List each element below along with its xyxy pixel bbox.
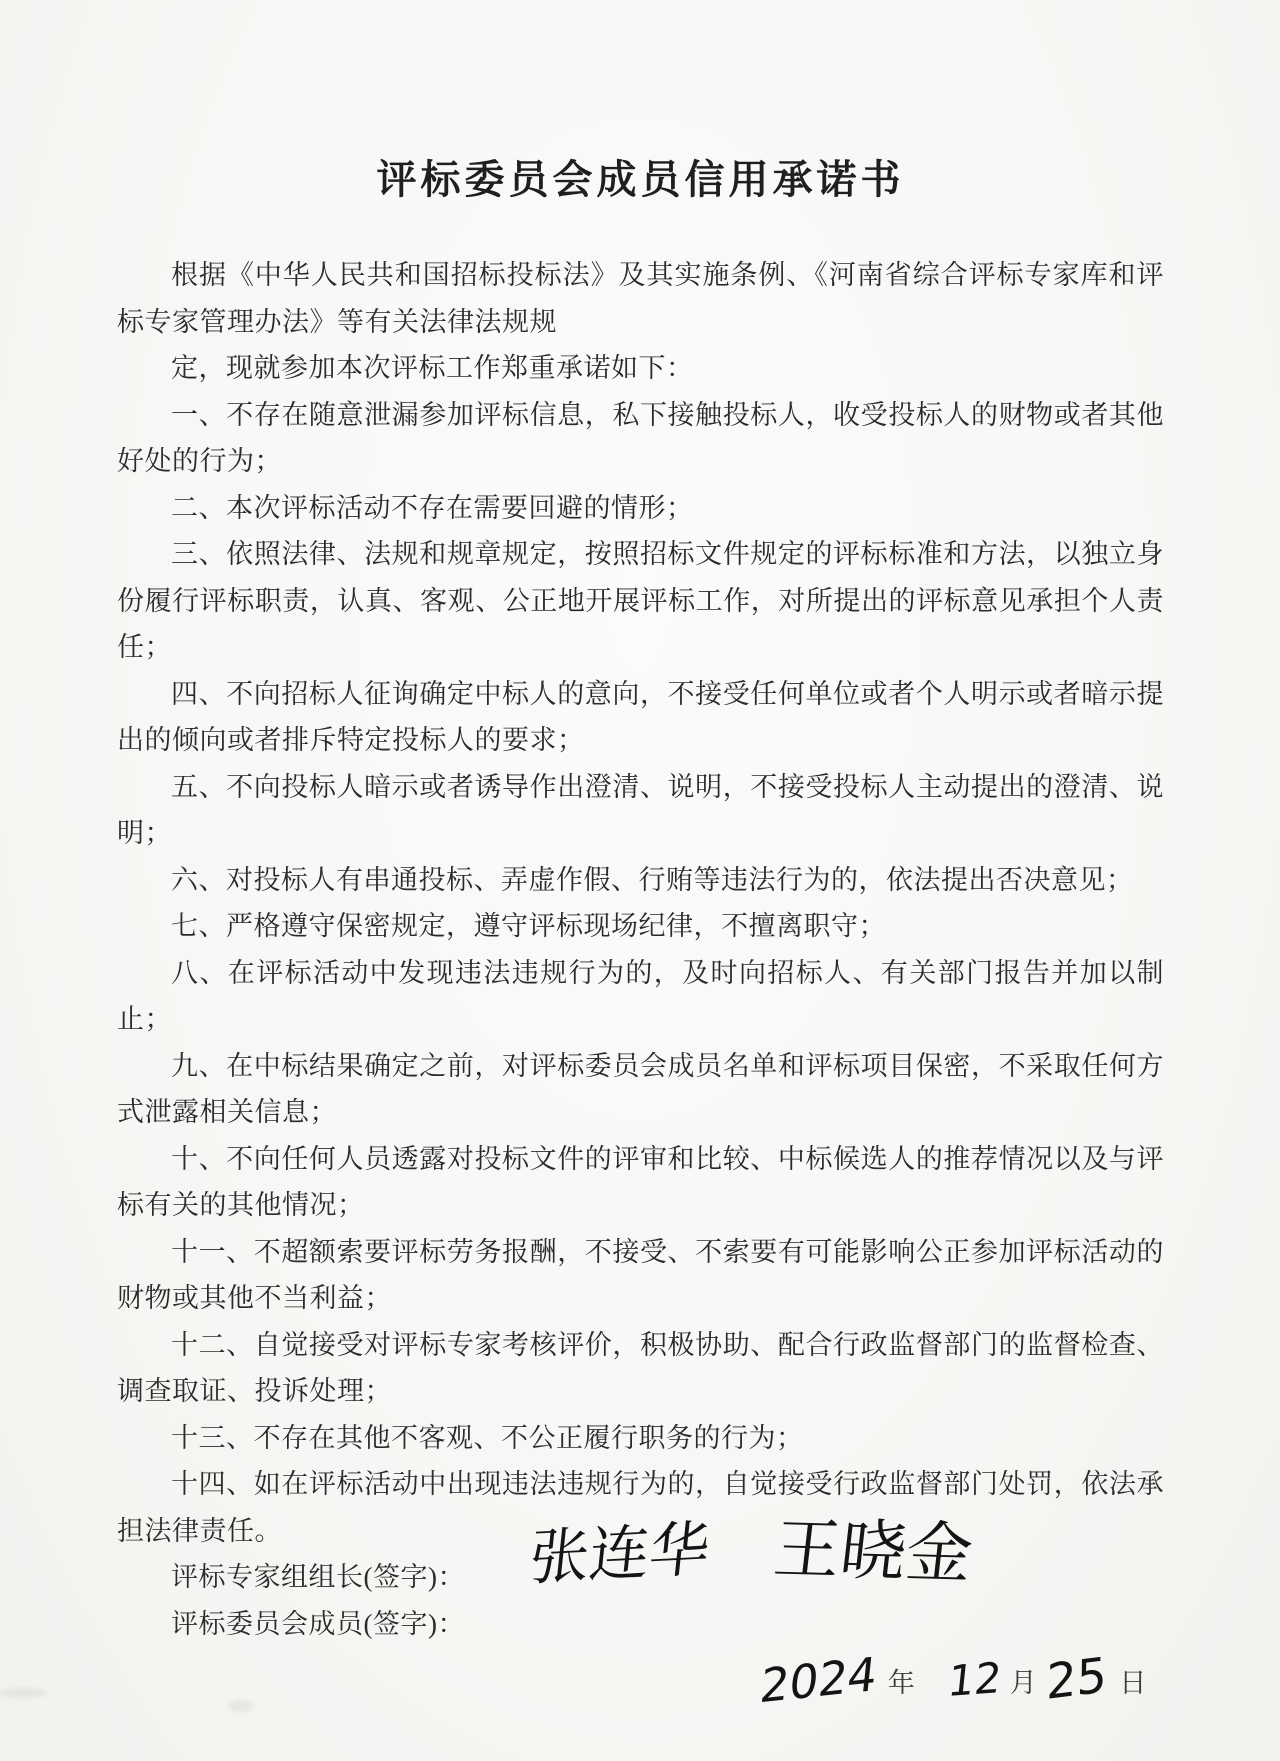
intro-paragraph-2: 定，现就参加本次评标工作郑重承诺如下： xyxy=(117,345,1164,392)
signature-label-member: 评标委员会成员(签字)： xyxy=(117,1601,1164,1648)
handwritten-signature-1: 张连华 xyxy=(526,1501,715,1597)
scanned-document-page: 评标委员会成员信用承诺书 根据《中华人民共和国招标投标法》及其实施条例、《河南省… xyxy=(0,0,1280,1761)
commitment-item-6: 六、对投标人有串通投标、弄虚作假、行贿等违法行为的，依法提出否决意见； xyxy=(117,857,1164,904)
date-month-label: 月 xyxy=(1010,1661,1037,1700)
commitment-item-13: 十三、不存在其他不客观、不公正履行职务的行为； xyxy=(117,1415,1164,1462)
commitment-item-1: 一、不存在随意泄漏参加评标信息，私下接触投标人，收受投标人的财物或者其他好处的行… xyxy=(117,392,1164,485)
handwritten-month: 12 xyxy=(945,1653,1004,1706)
document-content: 评标委员会成员信用承诺书 根据《中华人民共和国招标投标法》及其实施条例、《河南省… xyxy=(117,150,1164,1647)
document-title: 评标委员会成员信用承诺书 xyxy=(117,150,1164,210)
commitment-item-3: 三、依照法律、法规和规章规定，按照招标文件规定的评标标准和方法，以独立身份履行评… xyxy=(117,531,1164,671)
commitment-item-5: 五、不向投标人暗示或者诱导作出澄清、说明，不接受投标人主动提出的澄清、说明； xyxy=(117,764,1164,857)
commitment-item-12: 十二、自觉接受对评标专家考核评价，积极协助、配合行政监督部门的监督检查、调查取证… xyxy=(117,1322,1164,1415)
date-line: 2024 年 12 月 25 日 xyxy=(760,1648,1190,1704)
commitment-item-7: 七、严格遵守保密规定，遵守评标现场纪律，不擅离职守； xyxy=(117,903,1164,950)
commitment-item-10: 十、不向任何人员透露对投标文件的评审和比较、中标候选人的推荐情况以及与评标有关的… xyxy=(117,1136,1164,1229)
commitment-item-2: 二、本次评标活动不存在需要回避的情形； xyxy=(117,485,1164,532)
handwritten-signatures: 张连华 王晓金 xyxy=(530,1498,973,1593)
intro-paragraph-1: 根据《中华人民共和国招标投标法》及其实施条例、《河南省综合评标专家库和评标专家管… xyxy=(117,252,1164,345)
handwritten-day: 25 xyxy=(1045,1647,1107,1711)
commitment-item-9: 九、在中标结果确定之前，对评标委员会成员名单和评标项目保密，不采取任何方式泄露相… xyxy=(117,1043,1164,1136)
commitment-item-4: 四、不向招标人征询确定中标人的意向，不接受任何单位或者个人明示或者暗示提出的倾向… xyxy=(117,671,1164,764)
commitment-item-8: 八、在评标活动中发现违法违规行为的，及时向招标人、有关部门报告并加以制止； xyxy=(117,950,1164,1043)
commitment-item-11: 十一、不超额索要评标劳务报酬，不接受、不索要有可能影响公正参加评标活动的财物或其… xyxy=(117,1229,1164,1322)
handwritten-year: 2024 xyxy=(757,1646,879,1713)
date-day-label: 日 xyxy=(1119,1661,1146,1700)
handwritten-signature-2: 王晓金 xyxy=(770,1496,979,1596)
date-year-label: 年 xyxy=(888,1661,915,1700)
scan-smudge xyxy=(228,1700,254,1712)
scan-smudge xyxy=(0,1688,46,1698)
